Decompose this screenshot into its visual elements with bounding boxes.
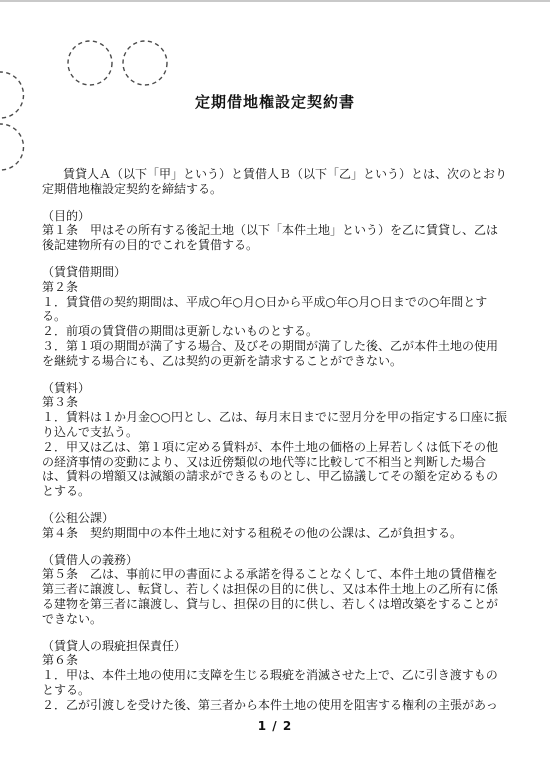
seal-circle-left-icon (67, 40, 113, 86)
seal-circle-right-stroke (123, 41, 167, 85)
punch-hole-top-stroke (0, 72, 24, 118)
section-heading-lease-term: （賃貸借期間） (42, 265, 508, 280)
contract-page: 定期借地権設定契約書 賃貸人Ａ（以下「甲」という）と賃借人Ｂ（以下「乙」という）… (0, 0, 550, 782)
punch-hole-bottom-icon (0, 123, 25, 171)
section-warranty: （賃貸人の瑕疵担保責任） 第６条 １．甲は、本件土地の使用に支障を生じる瑕疵を消… (42, 639, 508, 713)
section-heading-warranty: （賃貸人の瑕疵担保責任） (42, 639, 508, 654)
section-heading-public-charges: （公租公課） (42, 511, 508, 526)
section-rent: （賃料） 第３条 １．賃料は１か月金○○円とし、乙は、毎月末日までに翌月分を甲の… (42, 381, 508, 499)
punch-hole-bottom-stroke (0, 124, 24, 170)
section-heading-rent: （賃料） (42, 381, 508, 396)
article-6-clause-2: ２．乙が引渡しを受けた後、第三者から本件土地の使用を阻害する権利の主張があっ (42, 698, 508, 713)
page-number: 1 / 2 (42, 719, 508, 734)
section-public-charges: （公租公課） 第４条 契約期間中の本件土地に対する租税その他の公課は、乙が負担す… (42, 511, 508, 541)
article-2-clause-3: ３．第１項の期間が満了する場合、及びその期間が満了した後、乙が本件土地の使用を継… (42, 339, 508, 369)
section-heading-lessee-obligations: （賃借人の義務） (42, 553, 508, 568)
article-2-label: 第２条 (42, 280, 508, 295)
intro-paragraph: 賃貸人Ａ（以下「甲」という）と賃借人Ｂ（以下「乙」という）とは、次のとおり定期借… (42, 167, 508, 197)
article-2-clause-2: ２．前項の賃貸借の期間は更新しないものとする。 (42, 324, 508, 339)
section-purpose: （目的） 第１条 甲はその所有する後記土地（以下「本件土地」という）を乙に賃貸し… (42, 209, 508, 253)
article-5-text: 第５条 乙は、事前に甲の書面による承諾を得ることなくして、本件土地の賃借権を第三… (42, 567, 508, 626)
article-3-clause-2: ２．甲又は乙は、第１項に定める賃料が、本件土地の価格の上昇若しくは低下その他の経… (42, 440, 508, 499)
seal-circle-left-stroke (68, 41, 112, 85)
article-2-clause-1: １．賃貸借の契約期間は、平成○年○月○日から平成○年○月○日までの○年間とする。 (42, 295, 508, 325)
section-lessee-obligations: （賃借人の義務） 第５条 乙は、事前に甲の書面による承諾を得ることなくして、本件… (42, 553, 508, 627)
document-title: 定期借地権設定契約書 (42, 93, 508, 111)
document-body: 定期借地権設定契約書 賃貸人Ａ（以下「甲」という）と賃借人Ｂ（以下「乙」という）… (42, 93, 508, 734)
punch-hole-top-icon (0, 71, 25, 119)
article-3-label: 第３条 (42, 395, 508, 410)
article-6-label: 第６条 (42, 653, 508, 668)
article-6-clause-1: １．甲は、本件土地の使用に支障を生じる瑕疵を消滅させた上で、乙に引き渡すものとす… (42, 668, 508, 698)
section-lease-term: （賃貸借期間） 第２条 １．賃貸借の契約期間は、平成○年○月○日から平成○年○月… (42, 265, 508, 369)
article-1-text: 第１条 甲はその所有する後記土地（以下「本件土地」という）を乙に賃貸し、乙は後記… (42, 223, 508, 253)
article-4-text: 第４条 契約期間中の本件土地に対する租税その他の公課は、乙が負担する。 (42, 526, 508, 541)
section-heading-purpose: （目的） (42, 209, 508, 224)
seal-circle-right-icon (122, 40, 168, 86)
article-3-clause-1: １．賃料は１か月金○○円とし、乙は、毎月末日までに翌月分を甲の指定する口座に振り… (42, 410, 508, 440)
